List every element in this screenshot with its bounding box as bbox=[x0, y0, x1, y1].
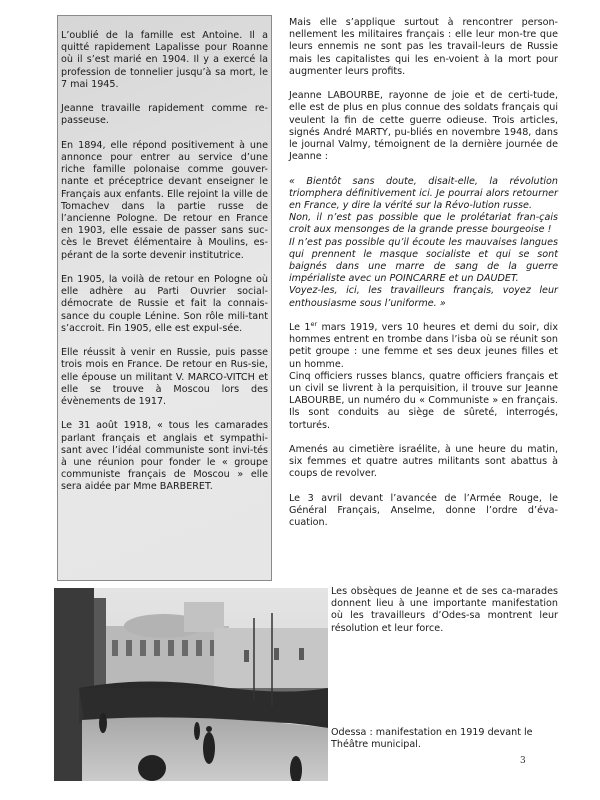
quote-line-1: « Bientôt sans doute, disait-elle, la ré… bbox=[289, 176, 558, 213]
paragraph-3-avril: Le 3 avril devant l’avancée de l’Armée R… bbox=[289, 493, 558, 530]
quote-line-4: Voyez-les, ici, les travailleurs françai… bbox=[289, 285, 558, 309]
document-page: L’oublié de la famille est Antoine. Il a… bbox=[0, 0, 600, 800]
paragraph-officiers: Cinq officiers russes blancs, quatre off… bbox=[289, 371, 558, 432]
odessa-demonstration-photo bbox=[54, 588, 328, 781]
photo-illustration bbox=[54, 588, 328, 781]
marty-quote: « Bientôt sans doute, disait-elle, la ré… bbox=[289, 176, 558, 310]
quote-line-3: Il n’est pas possible qu’il écoute les m… bbox=[289, 237, 558, 286]
paragraph-repasseuse: Jeanne travaille rapidement comme re-pas… bbox=[61, 103, 268, 127]
paragraph-1905: En 1905, la voilà de retour en Pologne o… bbox=[61, 274, 268, 335]
paragraph-1-mars-1919: Le 1er mars 1919, vers 10 heures et demi… bbox=[289, 322, 558, 371]
quote-line-2: Non, il n’est pas possible que le prolét… bbox=[289, 212, 558, 236]
page-number: 3 bbox=[520, 756, 526, 766]
paragraph-russie: Elle réussit à venir en Russie, puis pas… bbox=[61, 347, 268, 408]
biography-sidebar-box: L’oublié de la famille est Antoine. Il a… bbox=[57, 15, 272, 581]
paragraph-cimetiere: Amenés au cimetière israélite, à une heu… bbox=[289, 444, 558, 481]
march-rest: mars 1919, vers 10 heures et demi du soi… bbox=[289, 322, 558, 370]
paragraph-1894: En 1894, elle répond positivement à une … bbox=[61, 140, 268, 262]
photo-caption: Odessa : manifestation en 1919 devant le… bbox=[331, 727, 571, 751]
march-prefix: Le 1 bbox=[289, 322, 310, 333]
paragraph-antoine: L’oublié de la famille est Antoine. Il a… bbox=[61, 30, 268, 91]
paragraph-militaires: Mais elle s’applique surtout à rencontre… bbox=[289, 17, 558, 78]
paragraph-1918: Le 31 août 1918, « tous les camarades pa… bbox=[61, 420, 268, 493]
main-text-column: Mais elle s’applique surtout à rencontre… bbox=[289, 17, 558, 542]
paragraph-labourbe: Jeanne LABOURBE, rayonne de joie et de c… bbox=[289, 90, 558, 163]
paragraph-obseques: Les obsèques de Jeanne et de ses ca-mara… bbox=[331, 586, 558, 635]
